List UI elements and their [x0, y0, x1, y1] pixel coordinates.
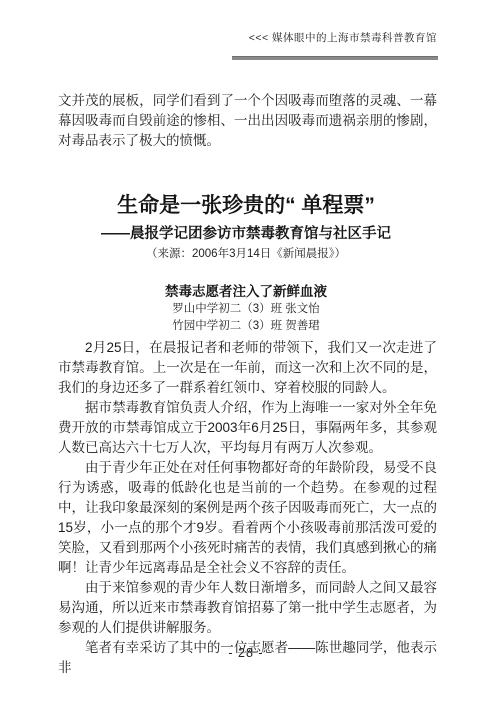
- article-title: 生命是一张珍贵的“ 单程票”: [0, 189, 492, 219]
- body-paragraph: 由于青少年正处在对任何事物都好奇的年龄阶段，易受不良行为诱惑，吸毒的低龄化也是当…: [58, 458, 437, 578]
- section-heading: 禁毒志愿者注入了新鲜血液: [0, 280, 492, 300]
- page-number: - 28 -: [0, 646, 492, 660]
- body-paragraph: 2月25日，在晨报记者和老师的带领下，我们又一次走进了市禁毒教育馆。上一次是在一…: [58, 338, 437, 398]
- body-paragraph-continuation: 文并茂的展板，同学们看到了一个个因吸毒而堕落的灵魂、一幕幕因吸毒而自毁前途的惨相…: [58, 91, 437, 151]
- body-paragraph: 据市禁毒教育馆负责人介绍，作为上海唯一一家对外全年免费开放的市禁毒馆成立于200…: [58, 398, 437, 458]
- body-paragraph: 由于来馆参观的青少年人数日渐增多，而同龄人之间又最容易沟通，所以近来市禁毒教育馆…: [58, 578, 437, 638]
- article-subtitle: ——晨报学记团参访市禁毒教育馆与社区手记: [0, 222, 492, 243]
- article-source: （来源：2006年3月14日《新闻晨报》）: [0, 245, 492, 261]
- article-body: 2月25日，在晨报记者和老师的带领下，我们又一次走进了市禁毒教育馆。上一次是在一…: [58, 338, 437, 678]
- author-line: 罗山中学初二（3）班 张文怡: [0, 300, 492, 316]
- author-line: 竹园中学初二（3）班 贺善珺: [0, 317, 492, 333]
- running-header: <<< 媒体眼中的上海市禁毒科普教育馆: [58, 30, 437, 45]
- header-rule: [232, 56, 438, 60]
- document-page: <<< 媒体眼中的上海市禁毒科普教育馆 文并茂的展板，同学们看到了一个个因吸毒而…: [0, 0, 492, 704]
